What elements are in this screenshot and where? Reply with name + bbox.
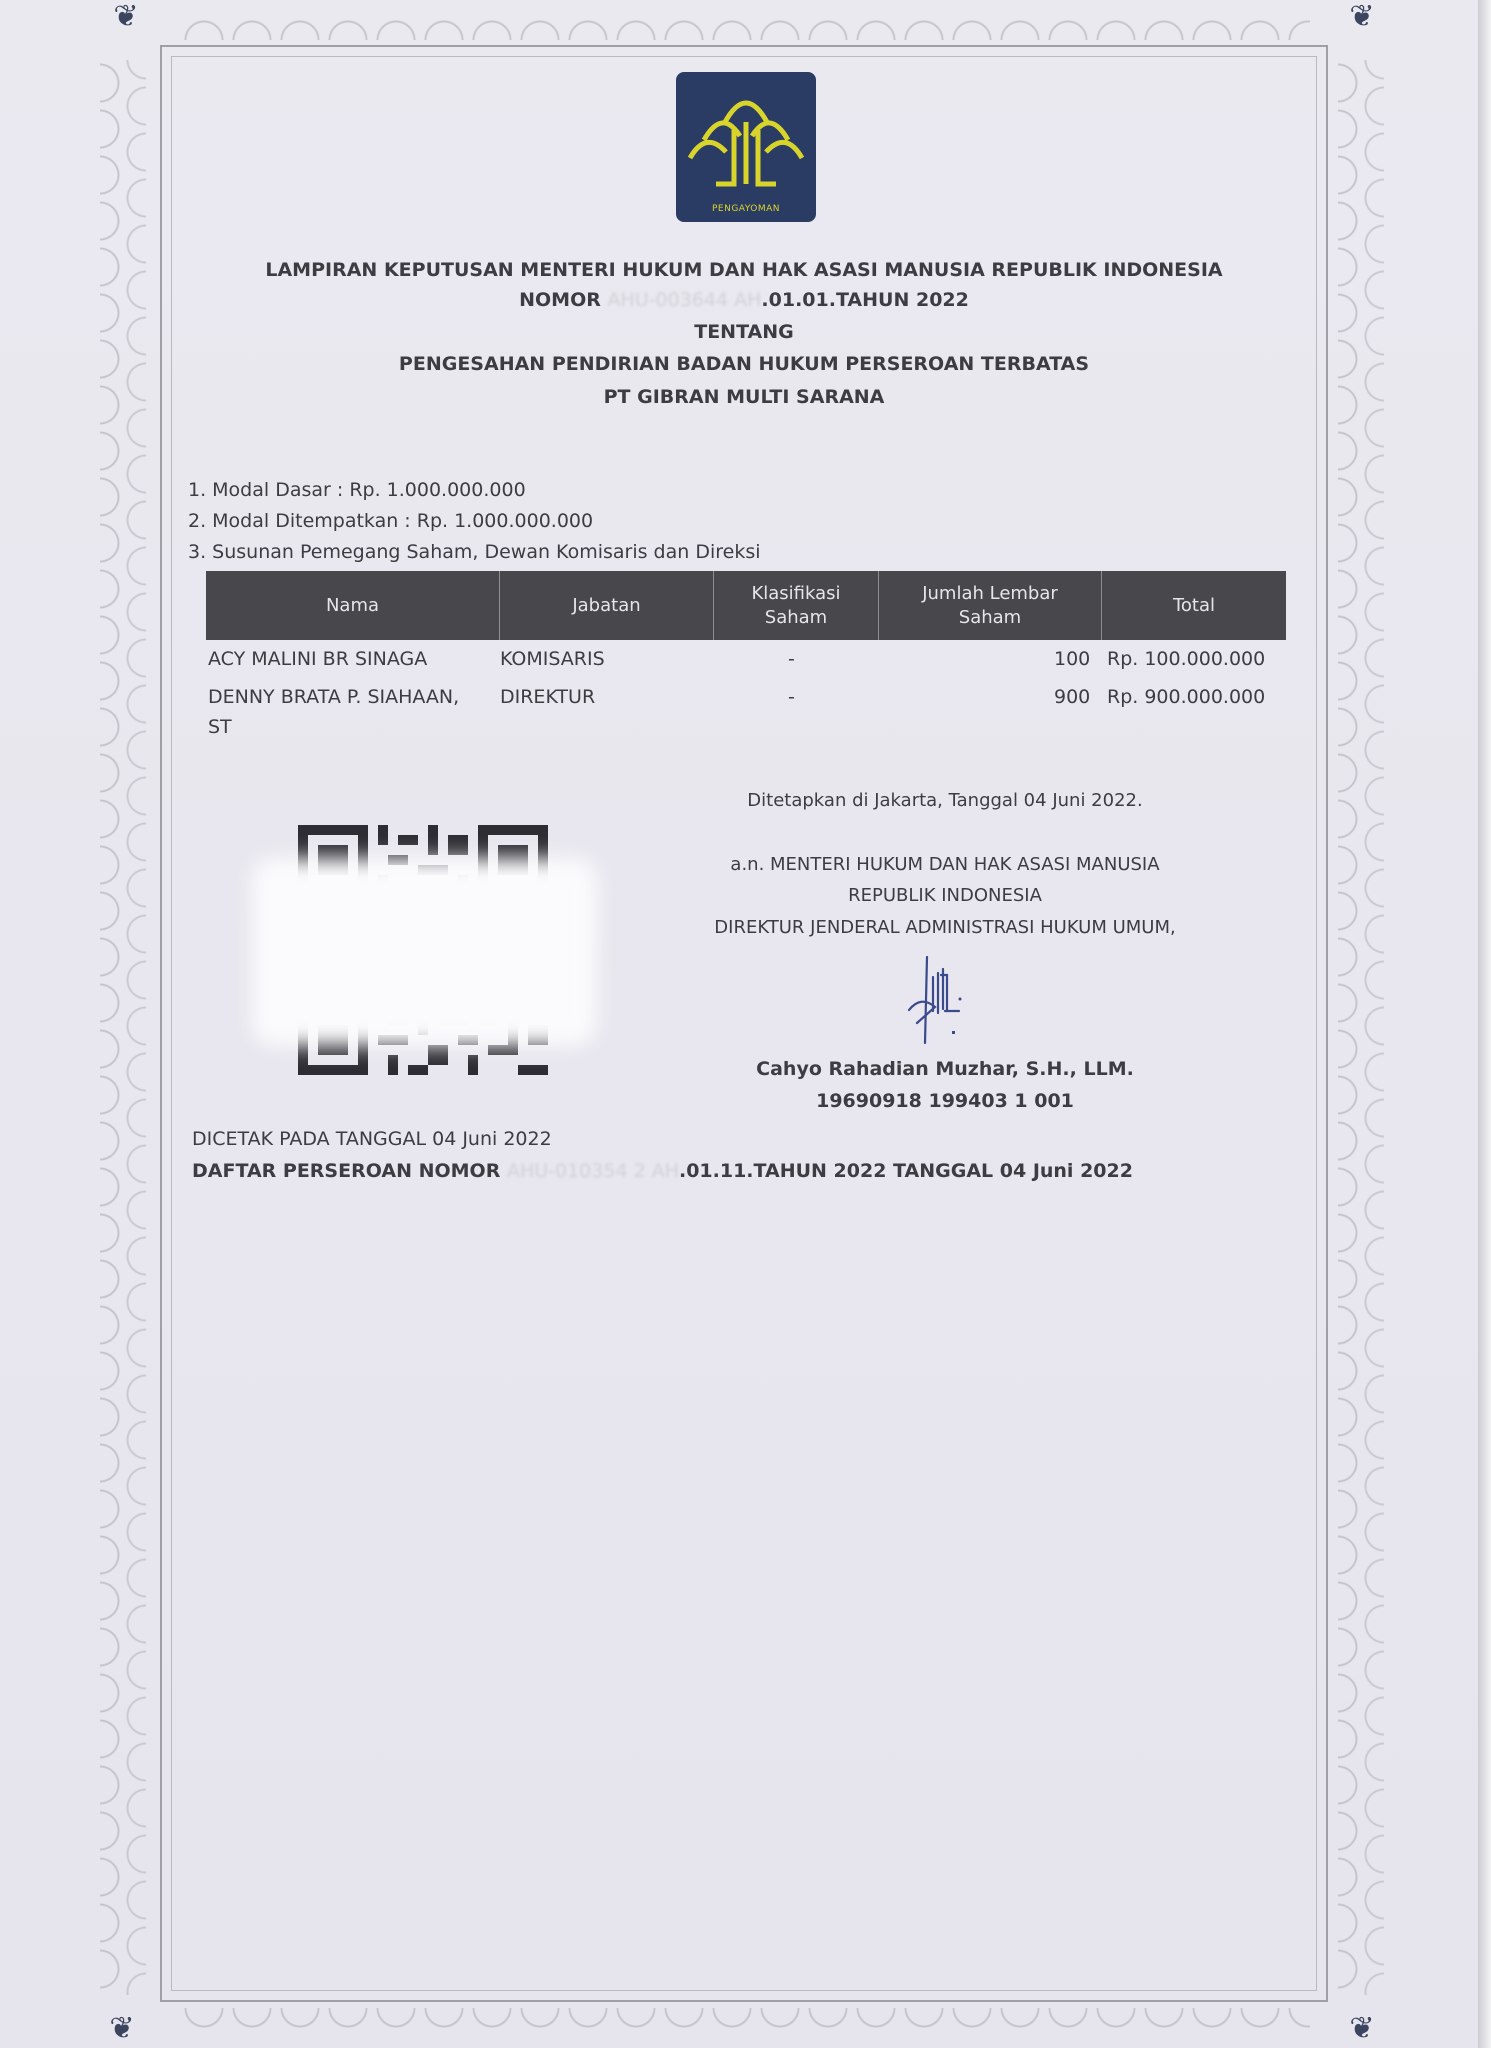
corner-ornament-icon: ❦ [1340, 0, 1384, 34]
printed-date: DICETAK PADA TANGGAL 04 Juni 2022 [192, 1128, 552, 1150]
cell-jumlah: 100 [1054, 648, 1090, 670]
cell-nama: DENNY BRATA P. SIAHAAN, [208, 686, 459, 708]
register-number: DAFTAR PERSEROAN NOMOR AHU-010354 2 AH.0… [192, 1160, 1133, 1182]
heading-tentang: TENTANG [160, 321, 1328, 343]
signature-icon [905, 955, 985, 1047]
nomor-redacted: AHU-003644 AH [608, 289, 762, 311]
logo-caption: PENGAYOMAN [676, 204, 816, 214]
column-header-klasifikasi: Klasifikasi Saham [713, 571, 878, 640]
item-modal-dasar: 1. Modal Dasar : Rp. 1.000.000.000 [188, 479, 526, 501]
cell-total: Rp. 100.000.000 [1107, 648, 1265, 670]
corner-ornament-icon: ❦ [100, 2012, 144, 2046]
register-suffix: .01.11.TAHUN 2022 TANGGAL 04 Juni 2022 [679, 1160, 1133, 1182]
heading-line-1: LAMPIRAN KEPUTUSAN MENTERI HUKUM DAN HAK… [160, 259, 1328, 281]
paper-edge [1478, 0, 1491, 2048]
heading-subject: PENGESAHAN PENDIRIAN BADAN HUKUM PERSERO… [160, 353, 1328, 375]
qr-redaction [252, 858, 597, 1046]
ornament-border-bottom [180, 2008, 1310, 2048]
on-behalf-line-2: REPUBLIK INDONESIA [650, 885, 1240, 906]
cell-total: Rp. 900.000.000 [1107, 686, 1265, 708]
signer-name: Cahyo Rahadian Muzhar, S.H., LLM. [650, 1058, 1240, 1080]
corner-ornament-icon: ❦ [104, 0, 148, 34]
nomor-suffix: .01.01.TAHUN 2022 [761, 289, 968, 311]
ornament-border-left [100, 60, 146, 1995]
place-date: Ditetapkan di Jakarta, Tanggal 04 Juni 2… [650, 790, 1240, 811]
pengayoman-tree-icon [676, 72, 816, 222]
cell-klasifikasi: - [788, 686, 795, 708]
heading-nomor: NOMOR AHU-003644 AH.01.01.TAHUN 2022 [160, 289, 1328, 311]
column-header-total: Total [1101, 571, 1286, 640]
signer-title: DIREKTUR JENDERAL ADMINISTRASI HUKUM UMU… [650, 917, 1240, 938]
ornament-border-top [180, 0, 1310, 40]
item-modal-ditempatkan: 2. Modal Ditempatkan : Rp. 1.000.000.000 [188, 510, 593, 532]
register-label: DAFTAR PERSEROAN NOMOR [192, 1160, 507, 1182]
item-susunan: 3. Susunan Pemegang Saham, Dewan Komisar… [188, 541, 761, 563]
shareholder-table-header: Nama Jabatan Klasifikasi Saham Jumlah Le… [206, 571, 1286, 640]
cell-klasifikasi: - [788, 648, 795, 670]
column-header-jabatan: Jabatan [499, 571, 713, 640]
column-header-nama: Nama [206, 571, 499, 640]
signer-nip: 19690918 199403 1 001 [650, 1090, 1240, 1112]
column-header-jumlah: Jumlah Lembar Saham [878, 571, 1101, 640]
cell-jabatan: DIREKTUR [500, 686, 595, 708]
on-behalf-line-1: a.n. MENTERI HUKUM DAN HAK ASASI MANUSIA [650, 854, 1240, 875]
company-name: PT GIBRAN MULTI SARANA [160, 386, 1328, 408]
nomor-label: NOMOR [519, 289, 601, 311]
register-redacted: AHU-010354 2 AH [507, 1160, 679, 1182]
corner-ornament-icon: ❦ [1340, 2012, 1384, 2046]
cell-nama-continued: ST [208, 716, 232, 738]
cell-jumlah: 900 [1054, 686, 1090, 708]
cell-jabatan: KOMISARIS [500, 648, 605, 670]
ministry-logo: PENGAYOMAN [676, 72, 816, 222]
cell-nama: ACY MALINI BR SINAGA [208, 648, 427, 670]
ornament-border-right [1338, 60, 1384, 1995]
